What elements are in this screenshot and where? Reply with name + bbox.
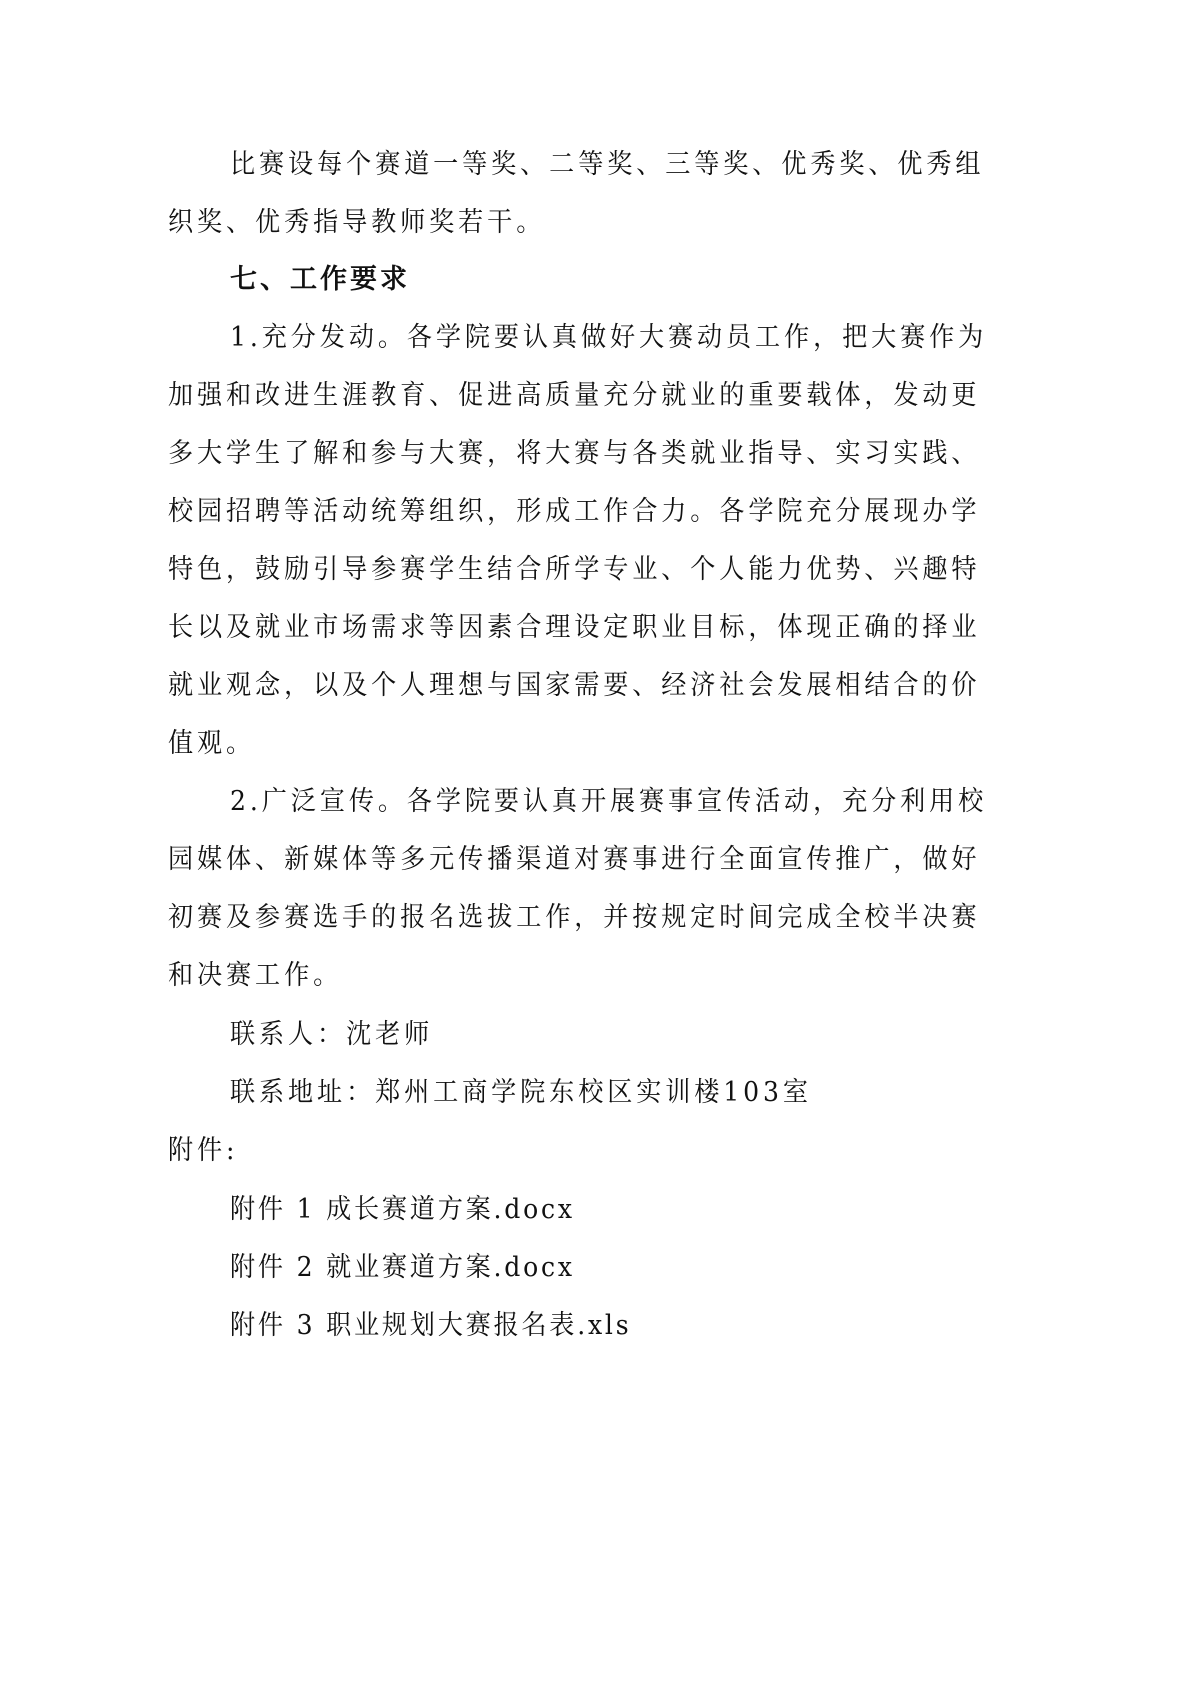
document-page: 比赛设每个赛道一等奖、二等奖、三等奖、优秀奖、优秀组 织奖、优秀指导教师奖若干。… — [0, 0, 1191, 1684]
awards-paragraph-line-1: 比赛设每个赛道一等奖、二等奖、三等奖、优秀奖、优秀组 — [230, 145, 955, 185]
requirement-2-line-3: 初赛及参赛选手的报名选拔工作，并按规定时间完成全校半决赛 — [168, 898, 893, 938]
requirement-1-line-7: 就业观念，以及个人理想与国家需要、经济社会发展相结合的价 — [168, 666, 893, 706]
requirement-1-line-3: 多大学生了解和参与大赛，将大赛与各类就业指导、实习实践、 — [168, 434, 893, 474]
attachment-link-2[interactable]: 附件 2 就业赛道方案.docx — [230, 1248, 955, 1288]
attachment-link-3[interactable]: 附件 3 职业规划大赛报名表.xls — [230, 1306, 955, 1346]
attachment-link-1[interactable]: 附件 1 成长赛道方案.docx — [230, 1190, 955, 1230]
requirement-2-line-2: 园媒体、新媒体等多元传播渠道对赛事进行全面宣传推广，做好 — [168, 840, 893, 880]
requirement-2-line-4: 和决赛工作。 — [168, 956, 893, 996]
contact-address: 联系地址：郑州工商学院东校区实训楼103室 — [230, 1073, 955, 1113]
requirement-1-line-1: 1.充分发动。各学院要认真做好大赛动员工作，把大赛作为 — [230, 318, 955, 358]
requirement-2-line-1: 2.广泛宣传。各学院要认真开展赛事宣传活动，充分利用校 — [230, 782, 955, 822]
contact-person: 联系人：沈老师 — [230, 1015, 955, 1055]
requirement-1-line-6: 长以及就业市场需求等因素合理设定职业目标，体现正确的择业 — [168, 608, 893, 648]
requirement-1-line-8: 值观。 — [168, 724, 893, 764]
attachments-label: 附件: — [168, 1131, 893, 1171]
section-heading: 七、工作要求 — [230, 260, 1010, 300]
requirement-1-line-2: 加强和改进生涯教育、促进高质量充分就业的重要载体，发动更 — [168, 376, 893, 416]
requirement-1-line-5: 特色，鼓励引导参赛学生结合所学专业、个人能力优势、兴趣特 — [168, 550, 893, 590]
awards-paragraph-line-2: 织奖、优秀指导教师奖若干。 — [168, 203, 893, 243]
requirement-1-line-4: 校园招聘等活动统筹组织，形成工作合力。各学院充分展现办学 — [168, 492, 893, 532]
